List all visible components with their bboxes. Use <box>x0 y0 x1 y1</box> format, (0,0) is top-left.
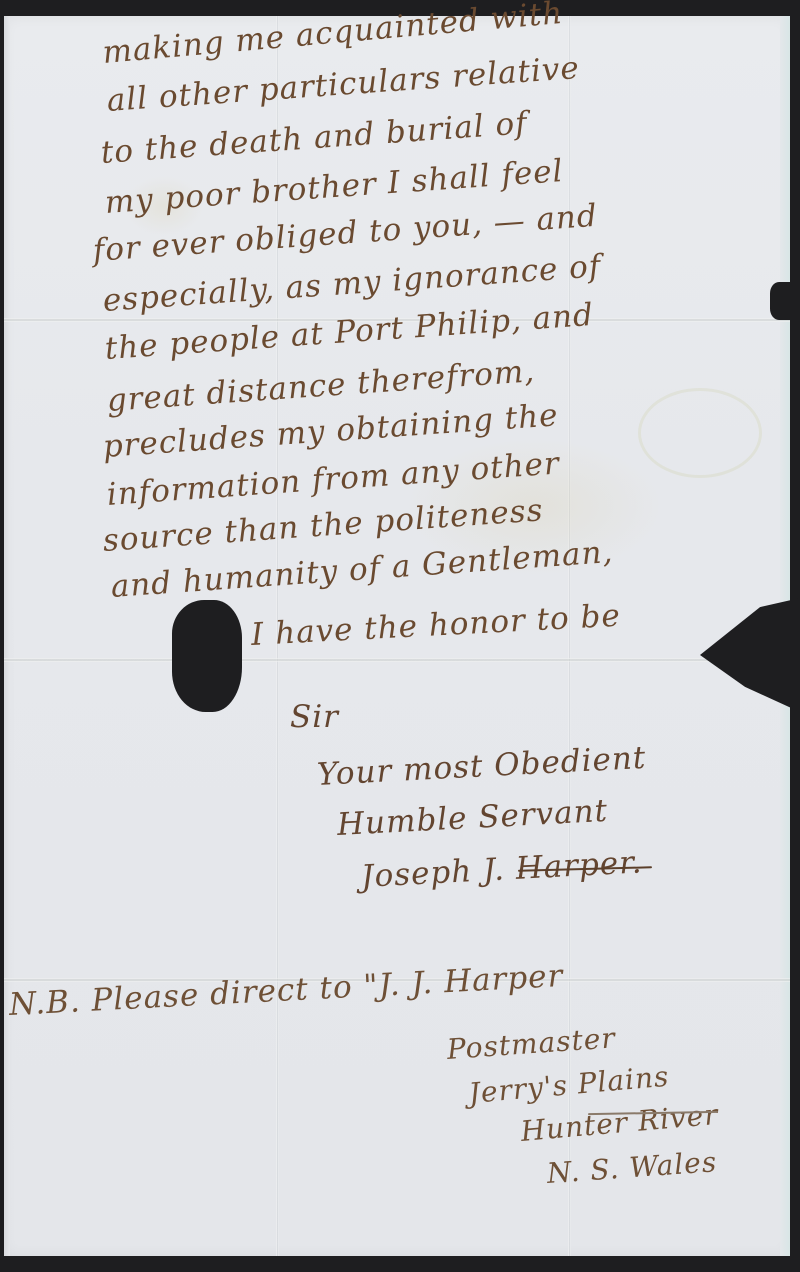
signature: Joseph J. Harper. <box>360 847 643 893</box>
valediction-line-2: Humble Servant <box>336 796 608 841</box>
postscript-address-line: Hunter River <box>520 1101 720 1146</box>
closing-line: I have the honor to be <box>250 601 621 651</box>
postscript-address-line: N. S. Wales <box>546 1148 718 1188</box>
valediction-line-1: Your most Obedient <box>316 743 647 791</box>
handwritten-text: making me acquainted with all other part… <box>0 0 800 1272</box>
salutation: Sir <box>290 702 339 733</box>
postscript-line: N.B. Please direct to "J. J. Harper <box>8 961 564 1021</box>
postscript-address-line: Postmaster <box>446 1024 617 1064</box>
postscript-address-line: Jerry's Plains <box>468 1063 671 1108</box>
